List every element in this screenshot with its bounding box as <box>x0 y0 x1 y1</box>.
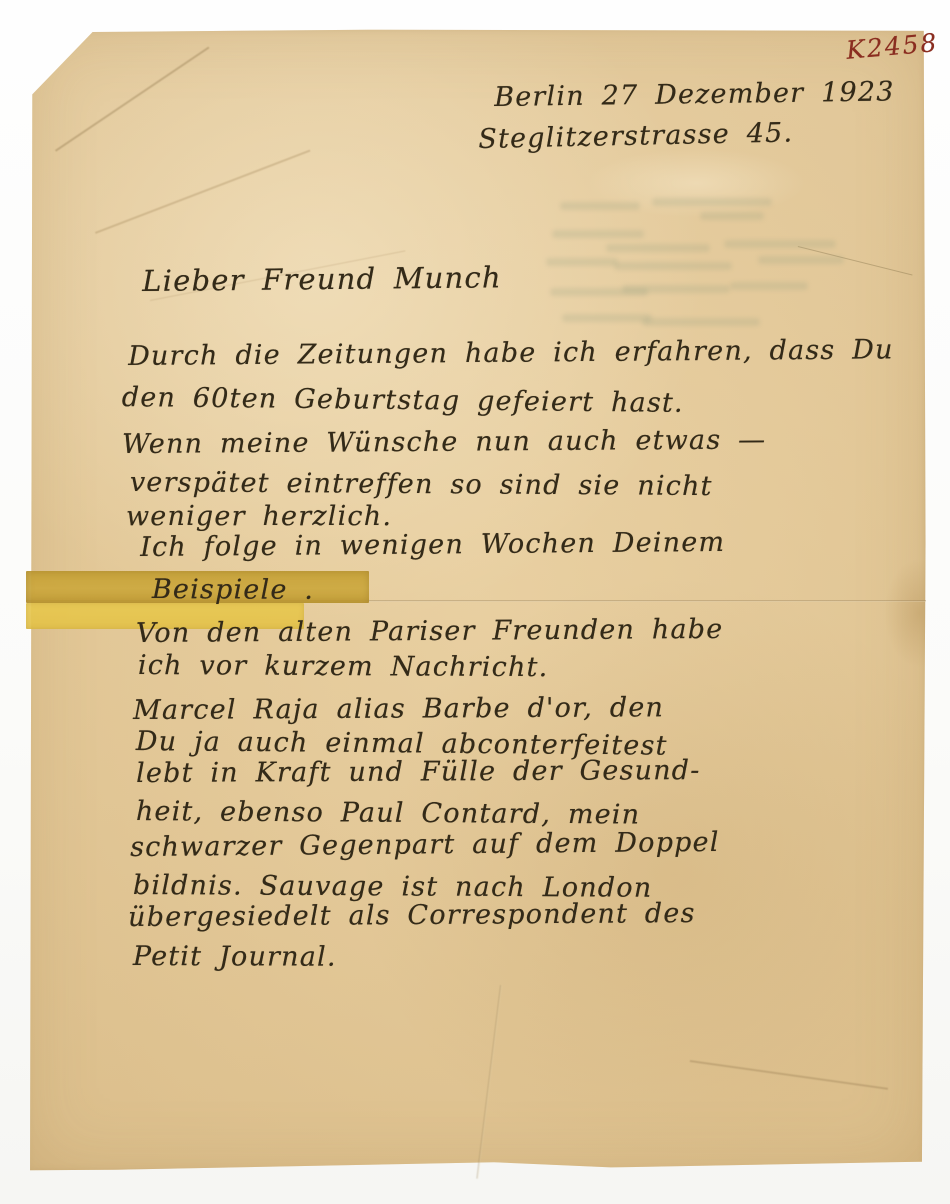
letter-dateline: Berlin 27 Dezember 1923 <box>494 76 895 113</box>
scan-background: K2458 Berlin 27 Dezember 1923 Steglitzer… <box>0 0 950 1204</box>
handwritten-line: lebt in Kraft und Fülle der Gesund- <box>136 755 701 789</box>
handwritten-line: weniger herzlich. <box>126 501 392 532</box>
handwritten-line: den 60ten Geburtstag gefeiert hast. <box>122 382 684 419</box>
paper-stain <box>884 558 950 668</box>
handwritten-line: Marcel Raja alias Barbe d'or, den <box>133 692 664 726</box>
letter-address: Steglitzerstrasse 45. <box>478 117 794 155</box>
handwritten-line: schwarzer Gegenpart auf dem Doppel <box>130 827 720 863</box>
handwritten-line-on-tape: Beispiele . <box>152 574 314 606</box>
handwritten-line: Von den alten Pariser Freunden habe <box>136 614 724 649</box>
handwritten-line: Ich folge in wenigen Wochen Deinem <box>140 527 725 563</box>
handwritten-line: ich vor kurzem Nachricht. <box>138 650 549 683</box>
handwritten-line: Petit Journal. <box>133 941 337 973</box>
paper-highlight <box>586 148 806 218</box>
letter-salutation: Lieber Freund Munch <box>142 260 502 298</box>
handwritten-line: Wenn meine Wünsche nun auch etwas — <box>122 425 766 460</box>
handwritten-line: verspätet eintreffen so sind sie nicht <box>130 467 713 502</box>
handwritten-line: heit, ebenso Paul Contard, mein <box>136 796 641 831</box>
handwritten-line: übergesiedelt als Correspondent des <box>128 898 696 933</box>
